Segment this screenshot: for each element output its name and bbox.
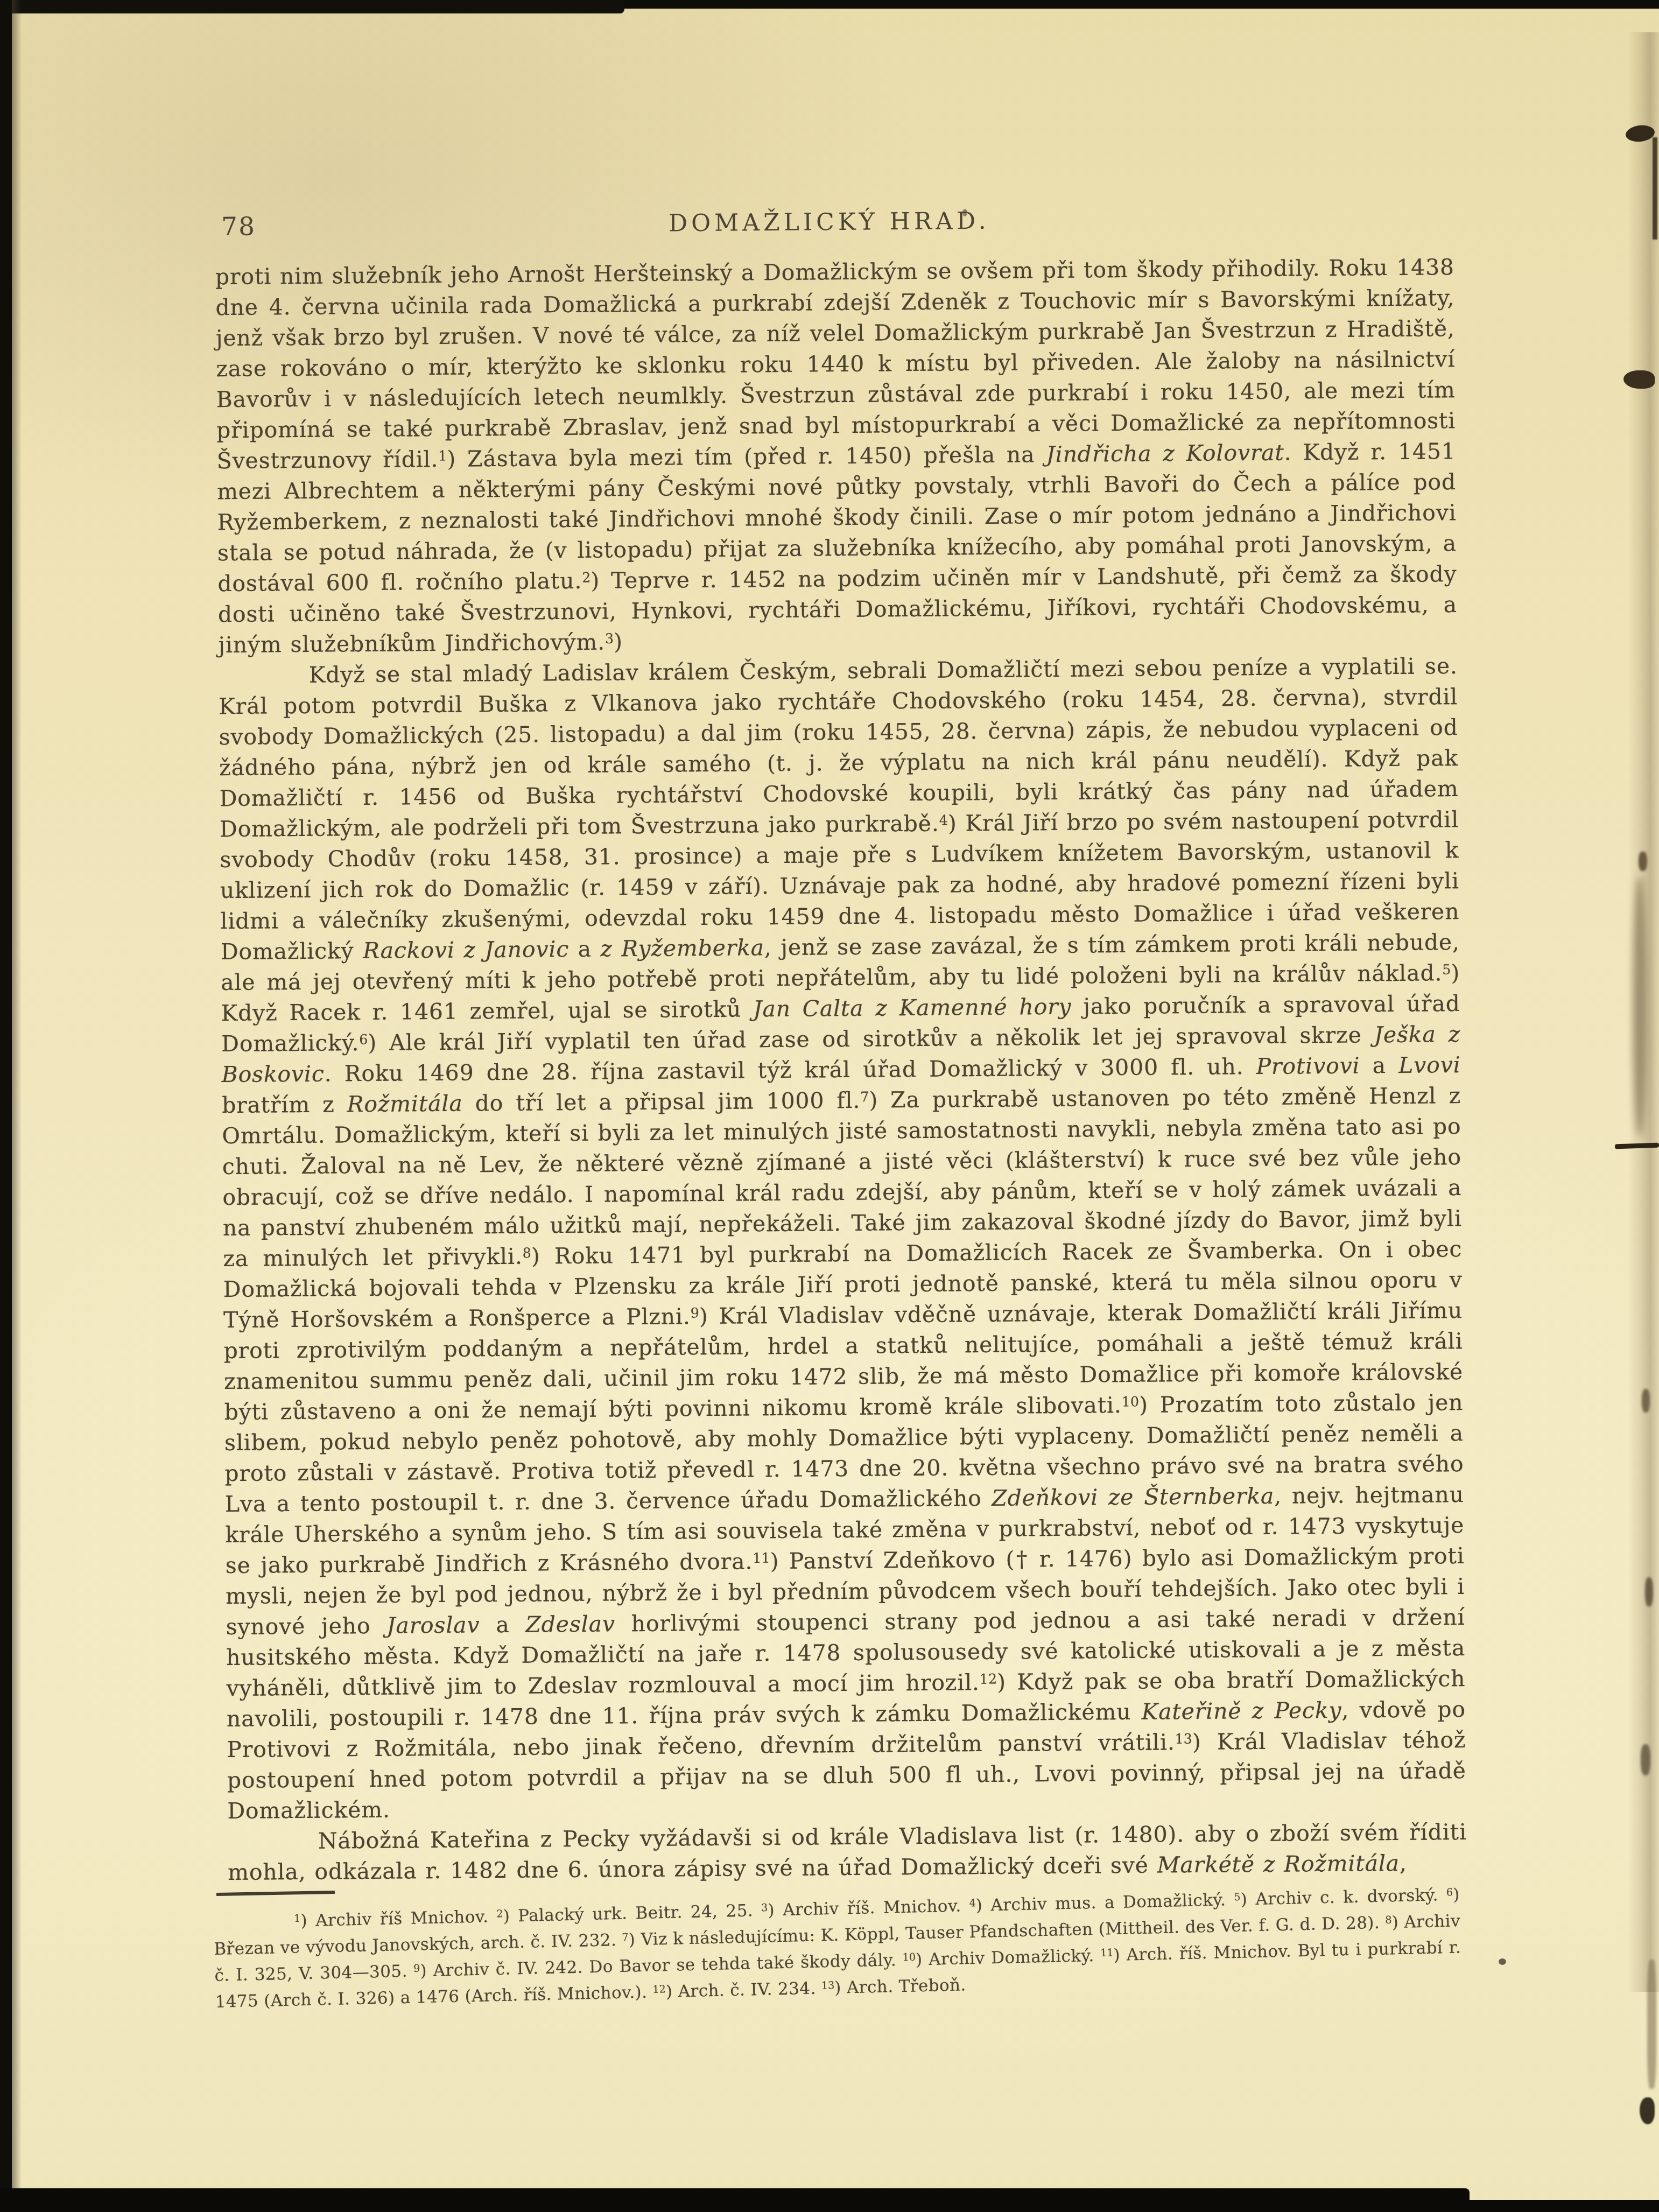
scan-artifact-speck-2 — [1642, 1389, 1650, 1413]
scan-artifact-grey-streak — [1647, 1960, 1656, 2089]
paragraph-2: Když se stal mladý Ladislav králem Český… — [219, 651, 1467, 1827]
scan-artifact-blob-b — [1623, 370, 1655, 389]
scan-artifact-streak — [1633, 877, 1646, 1136]
scan-edge-bottom-thick — [0, 2188, 1470, 2212]
paragraph-1: proti nim služebník jeho Arnošt Herštein… — [215, 252, 1458, 661]
scan-artifact-title-speck — [962, 209, 967, 216]
book-page: 78 DOMAŽLICKÝ HRAD. proti nim služebník … — [0, 0, 1659, 2212]
page-content: 78 DOMAŽLICKÝ HRAD. proti nim služebník … — [0, 0, 1659, 2212]
scan-artifact-speck-4 — [1641, 1744, 1650, 1775]
running-title: DOMAŽLICKÝ HRAD. — [0, 202, 1658, 242]
paper-edge-shadow — [12, 0, 22, 2212]
body-text: proti nim služebník jeho Arnošt Herštein… — [215, 252, 1467, 1888]
paragraph-3: Nábožná Kateřina z Pecky vyžádavši si od… — [228, 1817, 1467, 1888]
scan-artifact-blob-c — [1640, 2097, 1655, 2124]
scan-artifact-speck-3 — [1645, 1577, 1653, 1606]
scan-edge-left — [0, 0, 12, 2212]
scan-artifact-right-line — [1653, 137, 1657, 240]
scan-artifact-ink-speck — [1499, 1958, 1506, 1965]
scan-artifact-speck-1 — [1639, 852, 1647, 871]
scan-edge-top-left — [0, 0, 624, 13]
